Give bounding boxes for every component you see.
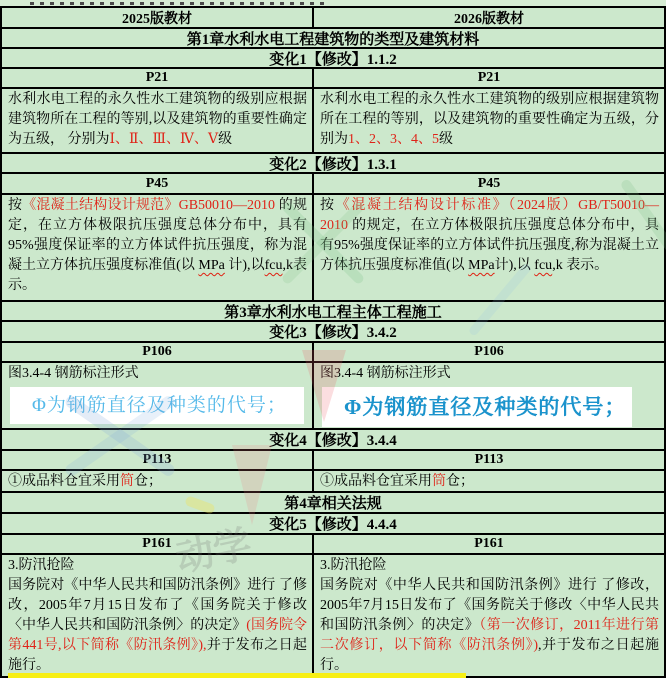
chapter-title-text: 第1章水利水电工程建筑物的类型及建筑材料 [187,29,480,49]
row-change-label: 变化3【修改】3.4.2 [2,322,664,343]
red-text-segment: 筒 [432,474,446,489]
paragraph: ①成品料仓宜采用筒仓； [320,472,659,491]
page-number: P113 [314,451,664,469]
paragraph: 3.防汛抢险 [320,556,659,576]
change-label-text: 变化5【修改】4.4.4 [269,514,397,534]
page-number: P106 [2,343,314,361]
row-content-comparison: 按《混凝土结构设计规范》GB50010—2010 的规定，在立方体极限抗压强度总… [2,195,664,302]
change-label-text: 变化1【修改】1.1.2 [269,49,397,69]
cell-2025: 图3.4-4 钢筋标注形式Φ为钢筋直径及种类的代号； [2,363,314,428]
cell-2026: 按《混凝土结构设计标准》（2024版）GB/T50010—2010 的规定，在立… [314,195,664,300]
paragraph: 3.防汛抢险 [8,556,307,576]
paragraph: 图3.4-4 钢筋标注形式 [320,364,659,384]
change-label-text: 变化4【修改】3.4.4 [269,430,397,450]
cropped-text-glyphs [30,2,330,5]
cell-2025: 3.防汛抢险国务院对《中华人民共和国防汛条例》进行 了修改，2005年7月15日… [2,555,314,676]
row-chapter-title: 第1章水利水电工程建筑物的类型及建筑材料 [2,29,664,49]
comparison-table-screenshot: 2025版教材2026版教材第1章水利水电工程建筑物的类型及建筑材料变化1【修改… [0,0,666,678]
row-content-comparison: ①成品料仓宜采用简仓；①成品料仓宜采用筒仓； [2,471,664,493]
text-segment: 按 [8,198,22,213]
page-number: P21 [314,69,664,87]
paragraph: 按《混凝土结构设计规范》GB50010—2010 的规定，在立方体极限抗压强度总… [8,196,307,296]
red-text-segment: Ⅰ、Ⅱ、Ⅲ、Ⅳ、Ⅴ [110,132,219,147]
header-2026-edition: 2026版教材 [314,8,664,27]
text-segment: 3.防汛抢险 [320,558,387,573]
red-text-segment: 简 [120,474,134,489]
text-segment: 图3.4-4 钢筋标注形式 [320,366,451,381]
paragraph: 水利水电工程的永久性水工建筑物的级别应根据建筑物所在工程的等别，以及建筑物的重要… [320,90,659,150]
row-column-headers: 2025版教材2026版教材 [2,8,664,29]
page-number: P113 [2,451,314,469]
row-chapter-title: 第4章相关法规 [2,493,664,514]
page-number: P45 [314,174,664,193]
row-content-comparison: 图3.4-4 钢筋标注形式Φ为钢筋直径及种类的代号；图3.4-4 钢筋标注形式Φ… [2,363,664,430]
paragraph: 国务院对《中华人民共和国防汛条例》进行 了修改，2005年7月15日发布了《国务… [320,576,659,676]
rebar-notation-text: Φ为钢筋直径及种类的代号； [344,397,626,417]
highlight-strip-cropped [8,673,466,678]
rebar-notation-image: Φ为钢筋直径及种类的代号； [10,387,304,424]
rebar-notation-text: Φ为钢筋直径及种类的代号； [32,396,287,416]
change-label-text: 变化3【修改】3.4.2 [269,322,397,342]
cell-2025: 按《混凝土结构设计规范》GB50010—2010 的规定，在立方体极限抗压强度总… [2,195,314,300]
cell-2025: 水利水电工程的永久性水工建筑物的级别应根据建筑物所在工程的等别,以及建筑物的重要… [2,89,314,152]
row-change-label: 变化1【修改】1.1.2 [2,49,664,69]
row-change-label: 变化5【修改】4.4.4 [2,514,664,535]
text-segment: ①成品料仓宜采用 [320,474,432,489]
change-label-text: 变化2【修改】1.3.1 [269,154,397,174]
red-text-segment: 《混凝土结构设计规范》GB50010—2010 [22,198,275,213]
row-chapter-title: 第3章水利水电工程主体工程施工 [2,302,664,322]
text-segment: 仓； [446,474,474,489]
row-change-label: 变化4【修改】3.4.4 [2,430,664,451]
paragraph: 按《混凝土结构设计标准》（2024版）GB/T50010—2010 的规定，在立… [320,196,659,276]
page-number: P106 [314,343,664,361]
red-text-segment: 1、2、3、4、5 [348,132,439,147]
row-content-comparison: 3.防汛抢险国务院对《中华人民共和国防汛条例》进行 了修改，2005年7月15日… [2,555,664,676]
page-number: P45 [2,174,314,193]
text-segment: 3.防汛抢险 [8,558,75,573]
paragraph: 图3.4-4 钢筋标注形式 [8,364,307,384]
cell-2026: 图3.4-4 钢筋标注形式Φ为钢筋直径及种类的代号； [314,363,664,428]
cell-2026: ①成品料仓宜采用筒仓； [314,471,664,491]
cell-2025: ①成品料仓宜采用简仓； [2,471,314,491]
cell-2026: 3.防汛抢险国务院对《中华人民共和国防汛条例》进行 了修改，2005年7月15日… [314,555,664,676]
paragraph: 水利水电工程的永久性水工建筑物的级别应根据建筑物所在工程的等别,以及建筑物的重要… [8,90,307,150]
header-2025-edition: 2025版教材 [2,8,314,27]
text-segment: ①成品料仓宜采用 [8,474,120,489]
row-page-numbers: P45P45 [2,174,664,195]
text-segment: 按 [320,198,336,213]
row-page-numbers: P113P113 [2,451,664,471]
rebar-notation-image: Φ为钢筋直径及种类的代号； [322,387,632,427]
textbook-comparison-table: 2025版教材2026版教材第1章水利水电工程建筑物的类型及建筑材料变化1【修改… [0,6,666,678]
spellcheck-segment: MPa [468,258,494,273]
row-page-numbers: P21P21 [2,69,664,89]
chapter-title-text: 第3章水利水电工程主体工程施工 [224,302,442,322]
row-content-comparison: 水利水电工程的永久性水工建筑物的级别应根据建筑物所在工程的等别,以及建筑物的重要… [2,89,664,154]
text-segment: 级 [218,132,232,147]
paragraph: ①成品料仓宜采用简仓； [8,472,307,491]
text-segment: 计),以 [495,258,535,273]
row-change-label: 变化2【修改】1.3.1 [2,154,664,174]
chapter-title-text: 第4章相关法规 [284,493,382,513]
page-number: P161 [314,535,664,553]
paragraph: 国务院对《中华人民共和国防汛条例》进行 了修改，2005年7月15日发布了《国务… [8,576,307,676]
text-segment: ,k 表示。 [552,258,608,273]
cell-2026: 水利水电工程的永久性水工建筑物的级别应根据建筑物所在工程的等别，以及建筑物的重要… [314,89,664,152]
row-page-numbers: P161P161 [2,535,664,555]
text-segment: 计),以 [225,258,265,273]
spellcheck-segment: MPa [198,258,224,273]
spellcheck-segment: fcu [534,258,552,273]
text-segment: 图3.4-4 钢筋标注形式 [8,366,139,381]
row-page-numbers: P106P106 [2,343,664,363]
spellcheck-segment: fcu [265,258,283,273]
page-number: P21 [2,69,314,87]
text-segment: 级 [439,132,453,147]
page-number: P161 [2,535,314,553]
text-segment: 仓； [134,474,162,489]
